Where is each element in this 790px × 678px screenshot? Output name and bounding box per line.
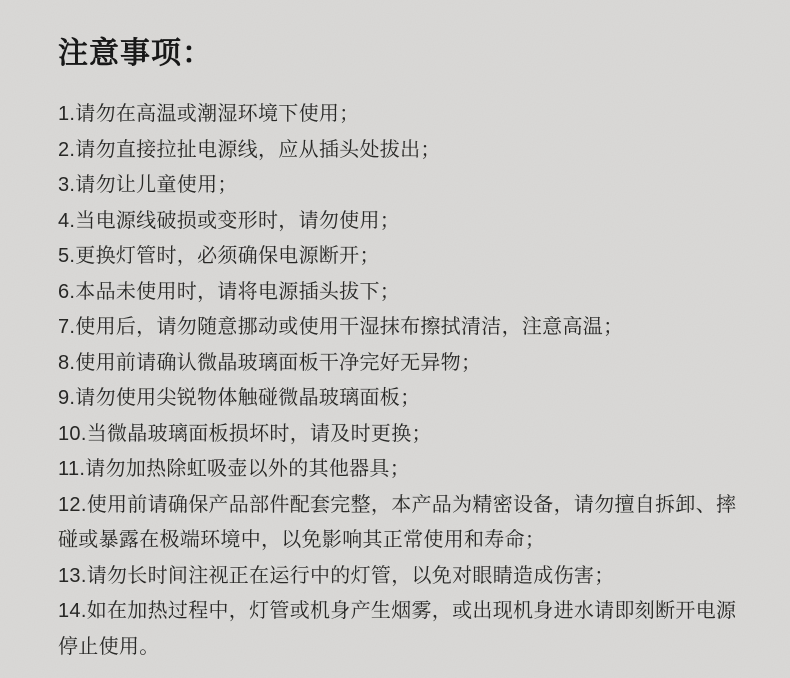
precautions-document: 注意事项： 1.请勿在高温或潮湿环境下使用； 2.请勿直接拉扯电源线，应从插头处… [0,0,790,678]
precaution-list: 1.请勿在高温或潮湿环境下使用； 2.请勿直接拉扯电源线，应从插头处拔出； 3.… [58,97,737,665]
notice-item-8: 8.使用前请确认微晶玻璃面板干净完好无异物； [58,346,737,382]
notice-item-7: 7.使用后，请勿随意挪动或使用干湿抹布擦拭清洁，注意高温； [58,310,737,346]
notice-item-2: 2.请勿直接拉扯电源线，应从插头处拔出； [58,133,737,169]
manual-page: { "page": { "background_color": "#d9d8d6… [0,0,790,678]
notice-item-5: 5.更换灯管时，必须确保电源断开； [58,239,737,275]
notice-item-9: 9.请勿使用尖锐物体触碰微晶玻璃面板； [58,381,737,417]
notice-item-1: 1.请勿在高温或潮湿环境下使用； [58,97,737,133]
notice-item-3: 3.请勿让儿童使用； [58,168,737,204]
notice-item-6: 6.本品未使用时，请将电源插头拔下； [58,275,737,311]
notice-item-13: 13.请勿长时间注视正在运行中的灯管，以免对眼睛造成伤害； [58,559,737,595]
notice-item-10: 10.当微晶玻璃面板损坏时，请及时更换； [58,417,737,453]
notice-item-14: 14.如在加热过程中，灯管或机身产生烟雾，或出现机身进水请即刻断开电源停止使用。 [58,594,737,665]
notice-item-4: 4.当电源线破损或变形时，请勿使用； [58,204,737,240]
notice-item-12: 12.使用前请确保产品部件配套完整，本产品为精密设备，请勿擅自拆卸、摔碰或暴露在… [58,488,737,559]
page-title: 注意事项： [58,36,737,72]
notice-item-11: 11.请勿加热除虹吸壶以外的其他器具； [58,452,737,488]
